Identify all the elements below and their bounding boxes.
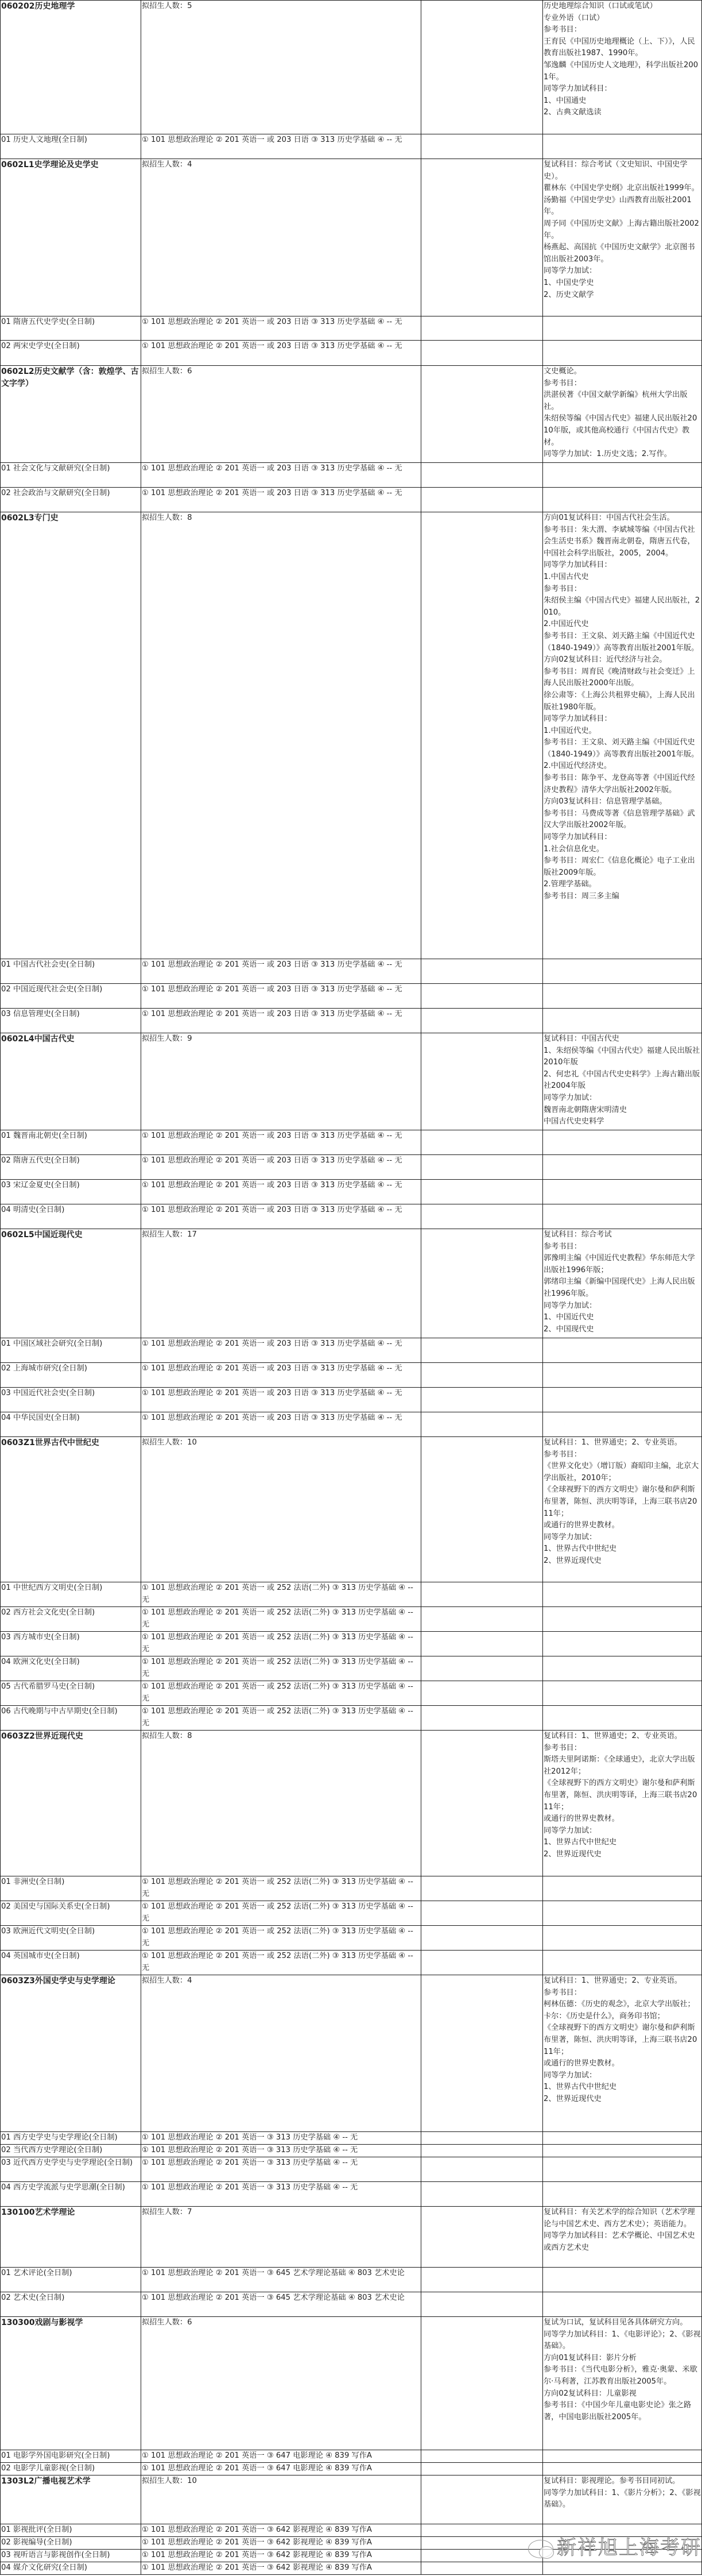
direction-row: 01 电影学外国电影研究(全日制)① 101 思想政治理论 ② 201 英语一 … xyxy=(1,2450,702,2463)
direction-name: 04 西方史学流派与史学思潮(全日制) xyxy=(1,2182,141,2207)
empty-cell xyxy=(421,1363,543,1388)
empty-cell xyxy=(543,2562,702,2575)
note-line: 或通行的世界史教材。 xyxy=(544,1813,701,1825)
empty-cell xyxy=(421,1656,543,1681)
note-line: 同等学力加试科目：1、《影片分析》；2、《影视基础》。 xyxy=(544,2488,701,2511)
empty-cell xyxy=(543,1180,702,1204)
major-code-name: 0603Z3外国史学史与史学理论 xyxy=(1,1975,141,2132)
empty-cell xyxy=(421,959,543,984)
note-line: 邹逸麟《中国历史人文地理》，科学出版社2001年。 xyxy=(544,60,701,83)
major-row: 0603Z3外国史学史与史学理论拟招生人数：4复试科目：1、世界通史；2、专业英… xyxy=(1,1975,702,2132)
direction-name: 04 欧洲文化史(全日制) xyxy=(1,1656,141,1681)
direction-row: 02 上海城市研究(全日制)① 101 思想政治理论 ② 201 英语一 或 2… xyxy=(1,1363,702,1388)
note-line: 参考书目：《当代电影分析》，雅克·奥蒙、米歇尔·马利著，江苏教育出版社2005年… xyxy=(544,2364,701,2388)
note-line: 2、历史文献学 xyxy=(544,289,701,302)
empty-cell xyxy=(543,1607,702,1632)
retest-notes: 复试科目：1、世界通史；2、专业英语。参考书目：《世界文化史》（增订版）裔昭印主… xyxy=(543,1437,702,1582)
note-line: 复试科目：有关艺术学的综合知识（艺术学理论与中国艺术史、西方艺术史）；英语能力。 xyxy=(544,2207,701,2230)
empty-cell xyxy=(421,1632,543,1656)
note-line: 朱绍侯等编《中国古代史》福建人民出版社2010年版，或其他高校通行《中国古代史》… xyxy=(544,413,701,449)
retest-notes: 方向01复试科目：中国古代社会生活。参考书目：朱大渭、李斌城等编《中国古代社会生… xyxy=(543,512,702,959)
retest-notes: 文史概论。参考书目：洪湛侯著《中国文献学新编》杭州大学出版社。朱绍侯等编《中国古… xyxy=(543,366,702,463)
exam-subjects: ① 101 思想政治理论 ② 201 英语一 或 252 法语(二外) ③ 31… xyxy=(141,1706,421,1731)
direction-name: 03 欧洲近代文明史(全日制) xyxy=(1,1926,141,1951)
empty-cell xyxy=(421,1582,543,1607)
major-row: 130300戏剧与影视学拟招生人数：6复试为口试，复试科目见各具体研究方向。同等… xyxy=(1,2317,702,2450)
note-line: 参考书目： xyxy=(544,1987,701,1999)
note-line: 方向03复试科目：信息管理学基础。 xyxy=(544,796,701,808)
note-line: 复试科目：1、世界通史；2、专业英语。 xyxy=(544,1437,701,1449)
empty-cell xyxy=(543,2550,702,2562)
empty-cell xyxy=(421,2450,543,2463)
remarks-cell xyxy=(421,159,543,316)
remarks-cell xyxy=(421,1731,543,1876)
enrollment-quota: 拟招生人数：10 xyxy=(141,1437,421,1582)
empty-cell xyxy=(543,1681,702,1706)
exam-subjects: ① 101 思想政治理论 ② 201 英语一 ③ 642 影视理论 ④ 839 … xyxy=(141,2524,421,2537)
empty-cell xyxy=(543,959,702,984)
note-line: 同等学力加试科目： xyxy=(544,832,701,844)
empty-cell xyxy=(543,1706,702,1731)
direction-row: 06 古代晚期与中古早期史(全日制)① 101 思想政治理论 ② 201 英语一… xyxy=(1,1706,702,1731)
empty-cell xyxy=(543,1901,702,1926)
empty-cell xyxy=(543,1388,702,1412)
remarks-cell xyxy=(421,512,543,959)
empty-cell xyxy=(421,1706,543,1731)
note-line: 2.中国近代史 xyxy=(544,619,701,631)
direction-name: 02 电影学儿童影视(全日制) xyxy=(1,2463,141,2475)
direction-row: 01 社会文化与文献研究(全日制)① 101 思想政治理论 ② 201 英语一 … xyxy=(1,463,702,488)
empty-cell xyxy=(543,134,702,159)
enrollment-quota: 拟招生人数：4 xyxy=(141,1975,421,2132)
direction-row: 02 艺术史(全日制)① 101 思想政治理论 ② 201 英语一 ③ 645 … xyxy=(1,2292,702,2317)
major-row: 060202历史地理学拟招生人数：5历史地理综合知识（口试或笔试）专业外语（口试… xyxy=(1,1,702,134)
empty-cell xyxy=(543,1412,702,1437)
note-line: 参考书目：朱大渭、李斌城等编《中国古代社会生活史书系》魏晋南北朝卷，隋唐五代卷，… xyxy=(544,524,701,560)
exam-subjects: ① 101 思想政治理论 ② 201 英语一 或 252 法语(二外) ③ 31… xyxy=(141,1951,421,1975)
empty-cell xyxy=(543,1582,702,1607)
direction-name: 01 电影学外国电影研究(全日制) xyxy=(1,2450,141,2463)
remarks-cell xyxy=(421,2475,543,2524)
note-line: 同等学力加试：1.历史文选；2.写作。 xyxy=(544,449,701,461)
major-code-name: 130100艺术学理论 xyxy=(1,2207,141,2268)
exam-subjects: ① 101 思想政治理论 ② 201 英语一 或 203 日语 ③ 313 历史… xyxy=(141,984,421,1009)
empty-cell xyxy=(543,1363,702,1388)
empty-cell xyxy=(421,1876,543,1901)
enrollment-quota: 拟招生人数：6 xyxy=(141,366,421,463)
exam-subjects: ① 101 思想政治理论 ② 201 英语一 ③ 647 电影理论 ④ 839 … xyxy=(141,2450,421,2463)
empty-cell xyxy=(543,2450,702,2463)
remarks-cell xyxy=(421,1033,543,1130)
empty-cell xyxy=(421,2145,543,2157)
note-line: 1.中国古代史 xyxy=(544,571,701,584)
empty-cell xyxy=(421,2292,543,2317)
direction-row: 03 西方城市史(全日制)① 101 思想政治理论 ② 201 英语一 或 25… xyxy=(1,1632,702,1656)
direction-row: 02 中国近现代社会史(全日制)① 101 思想政治理论 ② 201 英语一 或… xyxy=(1,984,702,1009)
empty-cell xyxy=(421,316,543,341)
note-line: 同等学力加试科目： xyxy=(544,713,701,725)
exam-subjects: ① 101 思想政治理论 ② 201 英语一 或 203 日语 ③ 313 历史… xyxy=(141,1130,421,1155)
note-line: 1、世界古代中世纪史 xyxy=(544,2081,701,2094)
empty-cell xyxy=(421,2537,543,2550)
major-row: 0603Z2世界近现代史拟招生人数：8复试科目：1、世界通史；2、专业英语。参考… xyxy=(1,1731,702,1876)
empty-cell xyxy=(543,488,702,512)
direction-row: 01 西方史学史与史学理论(全日制)① 101 思想政治理论 ② 201 英语一… xyxy=(1,2132,702,2145)
exam-subjects: ① 101 思想政治理论 ② 201 英语一 或 252 法语(二外) ③ 31… xyxy=(141,1607,421,1632)
note-line: 朱绍侯主编《中国古代史》福建人民出版社，2010。 xyxy=(544,595,701,619)
note-line: 郭豫明主编《中国近代史教程》华东师范大学出版社1996年版； xyxy=(544,1253,701,1276)
remarks-cell xyxy=(421,1229,543,1338)
direction-name: 01 社会文化与文献研究(全日制) xyxy=(1,463,141,488)
direction-row: 04 西方史学流派与史学思潮(全日制)① 101 思想政治理论 ② 201 英语… xyxy=(1,2182,702,2207)
major-code-name: 0602L4中国古代史 xyxy=(1,1033,141,1130)
note-line: 1、中国通史 xyxy=(544,95,701,107)
note-line: 1.社会信息化史。 xyxy=(544,844,701,856)
direction-name: 03 西方城市史(全日制) xyxy=(1,1632,141,1656)
direction-name: 01 非洲史(全日制) xyxy=(1,1876,141,1901)
retest-notes: 复试科目：1、世界通史；2、专业英语。参考书目：斯塔夫里阿诺斯：《全球通史》，北… xyxy=(543,1731,702,1876)
note-line: 1、中国史学史 xyxy=(544,277,701,289)
direction-name: 04 明清史(全日制) xyxy=(1,1204,141,1229)
enrollment-quota: 拟招生人数：5 xyxy=(141,1,421,134)
direction-name: 05 古代希腊罗马史(全日制) xyxy=(1,1681,141,1706)
note-line: 1、世界古代中世纪史 xyxy=(544,1837,701,1849)
remarks-cell xyxy=(421,1975,543,2132)
empty-cell xyxy=(421,134,543,159)
direction-name: 04 媒介文化研究(全日制) xyxy=(1,2562,141,2575)
note-line: 2.管理学基础。 xyxy=(544,879,701,891)
enrollment-quota: 拟招生人数：4 xyxy=(141,159,421,316)
direction-name: 01 影视批评(全日制) xyxy=(1,2524,141,2537)
empty-cell xyxy=(421,1204,543,1229)
direction-name: 03 视听语言与影视创作(全日制) xyxy=(1,2550,141,2562)
exam-subjects: ① 101 思想政治理论 ② 201 英语一 ③ 642 影视理论 ④ 839 … xyxy=(141,2562,421,2575)
admissions-table-body: 060202历史地理学拟招生人数：5历史地理综合知识（口试或笔试）专业外语（口试… xyxy=(1,1,702,2575)
note-line: 参考书目：周宏仁《信息化概论》电子工业出版社2009年版。 xyxy=(544,855,701,879)
direction-row: 01 历史人文地理(全日制)① 101 思想政治理论 ② 201 英语一 或 2… xyxy=(1,134,702,159)
empty-cell xyxy=(421,1926,543,1951)
retest-notes: 复试科目：影视理论。参考书目同初试。同等学力加试科目：1、《影片分析》；2、《影… xyxy=(543,2475,702,2524)
exam-subjects: ① 101 思想政治理论 ② 201 英语一 ③ 642 影视理论 ④ 839 … xyxy=(141,2550,421,2562)
major-row: 130100艺术学理论拟招生人数：7复试科目：有关艺术学的综合知识（艺术学理论与… xyxy=(1,2207,702,2268)
empty-cell xyxy=(421,2157,543,2182)
direction-row: 01 影视批评(全日制)① 101 思想政治理论 ② 201 英语一 ③ 642… xyxy=(1,2524,702,2537)
empty-cell xyxy=(421,1338,543,1363)
retest-notes: 复试科目：1、世界通史；2、专业英语。参考书目：柯林伍德：《历史的观念》，北京大… xyxy=(543,1975,702,2132)
note-line: 2、古典文献选读 xyxy=(544,107,701,119)
remarks-cell xyxy=(421,1437,543,1582)
empty-cell xyxy=(421,2132,543,2145)
exam-subjects: ① 101 思想政治理论 ② 201 英语一 或 252 法语(二外) ③ 31… xyxy=(141,1926,421,1951)
direction-row: 01 非洲史(全日制)① 101 思想政治理论 ② 201 英语一 或 252 … xyxy=(1,1876,702,1901)
note-line: 郭绪印主编《新编中国现代史》上海人民出版社1996年版。 xyxy=(544,1276,701,1300)
note-line: 方向02复试科目：儿童影视 xyxy=(544,2388,701,2400)
empty-cell xyxy=(543,316,702,341)
major-row: 0602L4中国古代史拟招生人数：9复试科目：中国古代史1、朱绍侯等编《中国古代… xyxy=(1,1033,702,1130)
direction-name: 02 两宋史学史(全日制) xyxy=(1,341,141,366)
empty-cell xyxy=(421,1951,543,1975)
major-row: 0602L1史学理论及史学史拟招生人数：4复试科目：综合考试（文史知识、中国史学… xyxy=(1,159,702,316)
direction-name: 01 历史人文地理(全日制) xyxy=(1,134,141,159)
exam-subjects: ① 101 思想政治理论 ② 201 英语一 ③ 645 艺术学理论基础 ④ 8… xyxy=(141,2268,421,2292)
direction-row: 01 艺术评论(全日制)① 101 思想政治理论 ② 201 英语一 ③ 645… xyxy=(1,2268,702,2292)
exam-subjects: ① 101 思想政治理论 ② 201 英语一 或 203 日语 ③ 313 历史… xyxy=(141,1180,421,1204)
empty-cell xyxy=(421,1009,543,1033)
note-line: 柯林伍德：《历史的观念》，北京大学出版社； xyxy=(544,1999,701,2011)
note-line: 周予同《中国历史文献》上海古籍出版社2002年。 xyxy=(544,218,701,242)
direction-row: 02 电影学儿童影视(全日制)① 101 思想政治理论 ② 201 英语一 ③ … xyxy=(1,2463,702,2475)
note-line: 1、中国近代史 xyxy=(544,1312,701,1324)
note-line: 瞿林东《中国史学史纲》北京出版社1999年。 xyxy=(544,183,701,195)
note-line: 专业外语（口试） xyxy=(544,13,701,25)
exam-subjects: ① 101 思想政治理论 ② 201 英语一 ③ 313 历史学基础 ④ -- … xyxy=(141,2157,421,2182)
direction-row: 02 社会政治与文献研究(全日制)① 101 思想政治理论 ② 201 英语一 … xyxy=(1,488,702,512)
empty-cell xyxy=(421,1412,543,1437)
empty-cell xyxy=(543,2182,702,2207)
remarks-cell xyxy=(421,2317,543,2450)
note-line: 同等学力加试： xyxy=(544,1092,701,1104)
note-line: 《全球视野下的西方文明史》谢尔曼和萨利斯布里著，陈恒、洪庆明等译，上海三联书店2… xyxy=(544,1484,701,1520)
empty-cell xyxy=(421,1155,543,1180)
major-row: 0603Z1世界古代中世纪史拟招生人数：10复试科目：1、世界通史；2、专业英语… xyxy=(1,1437,702,1582)
major-code-name: 0602L3专门史 xyxy=(1,512,141,959)
enrollment-quota: 拟招生人数：10 xyxy=(141,2475,421,2524)
note-line: 或通行的世界史教材。 xyxy=(544,2058,701,2070)
direction-name: 02 西方社会文化史(全日制) xyxy=(1,1607,141,1632)
note-line: 参考书目：周三多主编 xyxy=(544,891,701,903)
remarks-cell xyxy=(421,2207,543,2268)
empty-cell xyxy=(543,1009,702,1033)
note-line: 同等学力加试科目： xyxy=(544,559,701,571)
empty-cell xyxy=(421,2182,543,2207)
empty-cell xyxy=(543,341,702,366)
empty-cell xyxy=(543,2292,702,2317)
major-code-name: 060202历史地理学 xyxy=(1,1,141,134)
note-line: 同等学力加试： xyxy=(544,1300,701,1312)
note-line: 《世界文化史》（增订版）裔昭印主编，北京大学出版社，2010年； xyxy=(544,1461,701,1484)
note-line: 复试科目：综合考试（文史知识、中国史学史）。 xyxy=(544,159,701,183)
direction-name: 03 中国近代社会史(全日制) xyxy=(1,1388,141,1412)
note-line: 参考书目： xyxy=(544,24,701,36)
direction-row: 02 隋唐五代史(全日制)① 101 思想政治理论 ② 201 英语一 或 20… xyxy=(1,1155,702,1180)
note-line: 杨燕起、高国抗《中国历史文献学》北京图书馆出版社2003年。 xyxy=(544,242,701,265)
major-row: 0602L3专门史拟招生人数：8方向01复试科目：中国古代社会生活。参考书目：朱… xyxy=(1,512,702,959)
major-code-name: 0603Z1世界古代中世纪史 xyxy=(1,1437,141,1582)
enrollment-quota: 拟招生人数：8 xyxy=(141,512,421,959)
empty-cell xyxy=(543,1951,702,1975)
direction-row: 02 美国史与国际关系史(全日制)① 101 思想政治理论 ② 201 英语一 … xyxy=(1,1901,702,1926)
empty-cell xyxy=(543,1155,702,1180)
empty-cell xyxy=(421,1180,543,1204)
note-line: 《全球视野下的西方文明史》谢尔曼和萨利斯布里著，陈恒、洪庆明等译，上海三联书店2… xyxy=(544,1778,701,1813)
note-line: 或通行的世界史教材。 xyxy=(544,1520,701,1532)
major-code-name: 0602L2历史文献学（含：敦煌学、古文字学） xyxy=(1,366,141,463)
enrollment-quota: 拟招生人数：9 xyxy=(141,1033,421,1130)
note-line: 汤勤福《中国史学史》山西教育出版社2001年。 xyxy=(544,195,701,218)
empty-cell xyxy=(543,2145,702,2157)
direction-name: 04 英国城市史(全日制) xyxy=(1,1951,141,1975)
note-line: 2.中国近代经济史。 xyxy=(544,760,701,773)
empty-cell xyxy=(543,1204,702,1229)
empty-cell xyxy=(543,2524,702,2537)
note-line: 同等学力加试科目：1、《电影评论》；2、《影视基础》。 xyxy=(544,2329,701,2353)
empty-cell xyxy=(421,1130,543,1155)
direction-name: 06 古代晚期与中古早期史(全日制) xyxy=(1,1706,141,1731)
exam-subjects: ① 101 思想政治理论 ② 201 英语一 或 252 法语(二外) ③ 31… xyxy=(141,1681,421,1706)
note-line: 2、世界近现代史 xyxy=(544,1555,701,1567)
remarks-cell xyxy=(421,366,543,463)
note-line: 同等学力加试： xyxy=(544,2070,701,2082)
note-line: 《全球视野下的西方文明史》谢尔曼和萨利斯布里著，陈恒、洪庆明等译，上海三联书店2… xyxy=(544,2022,701,2058)
major-code-name: 0603Z2世界近现代史 xyxy=(1,1731,141,1876)
empty-cell xyxy=(543,1130,702,1155)
direction-row: 03 近代西方史学史与史学理论(全日制)① 101 思想政治理论 ② 201 英… xyxy=(1,2157,702,2182)
admissions-table: 060202历史地理学拟招生人数：5历史地理综合知识（口试或笔试）专业外语（口试… xyxy=(0,0,702,2575)
note-line: 参考书目： xyxy=(544,1449,701,1461)
direction-row: 01 中国区域社会研究(全日制)① 101 思想政治理论 ② 201 英语一 或… xyxy=(1,1338,702,1363)
note-line: 参考书目： xyxy=(544,378,701,390)
exam-subjects: ① 101 思想政治理论 ② 201 英语一 或 252 法语(二外) ③ 31… xyxy=(141,1582,421,1607)
direction-row: 01 中国古代社会史(全日制)① 101 思想政治理论 ② 201 英语一 或 … xyxy=(1,959,702,984)
note-line: 复试为口试，复试科目见各具体研究方向。 xyxy=(544,2317,701,2329)
note-line: 魏晋南北朝隋唐宋明清史 xyxy=(544,1104,701,1117)
empty-cell xyxy=(543,1876,702,1901)
direction-name: 02 社会政治与文献研究(全日制) xyxy=(1,488,141,512)
direction-row: 04 英国城市史(全日制)① 101 思想政治理论 ② 201 英语一 或 25… xyxy=(1,1951,702,1975)
direction-row: 01 魏晋南北朝史(全日制)① 101 思想政治理论 ② 201 英语一 或 2… xyxy=(1,1130,702,1155)
empty-cell xyxy=(421,1388,543,1412)
exam-subjects: ① 101 思想政治理论 ② 201 英语一 或 252 法语(二外) ③ 31… xyxy=(141,1876,421,1901)
exam-subjects: ① 101 思想政治理论 ② 201 英语一 或 203 日语 ③ 313 历史… xyxy=(141,1412,421,1437)
note-line: 卡尔：《历史是什么》，商务印书馆； xyxy=(544,2011,701,2023)
major-code-name: 130300戏剧与影视学 xyxy=(1,2317,141,2450)
note-line: 文史概论。 xyxy=(544,366,701,378)
note-line: 2、何忠礼《中国古代史史料学》上海古籍出版社2004年版 xyxy=(544,1069,701,1092)
enrollment-quota: 拟招生人数：6 xyxy=(141,2317,421,2450)
direction-name: 01 魏晋南北朝史(全日制) xyxy=(1,1130,141,1155)
direction-row: 01 隋唐五代史学史(全日制)① 101 思想政治理论 ② 201 英语一 或 … xyxy=(1,316,702,341)
empty-cell xyxy=(421,341,543,366)
direction-name: 01 中国区域社会研究(全日制) xyxy=(1,1338,141,1363)
direction-name: 02 艺术史(全日制) xyxy=(1,2292,141,2317)
note-line: 徐公肃等：《上海公共租界史稿》，上海人民出版社1980年版。 xyxy=(544,690,701,713)
note-line: 参考书目： xyxy=(544,1743,701,1755)
direction-row: 02 两宋史学史(全日制)① 101 思想政治理论 ② 201 英语一 或 20… xyxy=(1,341,702,366)
note-line: 中国古代史史料学 xyxy=(544,1116,701,1128)
retest-notes: 复试为口试，复试科目见各具体研究方向。同等学力加试科目：1、《电影评论》；2、《… xyxy=(543,2317,702,2450)
direction-row: 02 当代西方史学理论(全日制)① 101 思想政治理论 ② 201 英语一 ③… xyxy=(1,2145,702,2157)
direction-name: 02 影视编导(全日制) xyxy=(1,2537,141,2550)
empty-cell xyxy=(421,2463,543,2475)
direction-row: 04 中华民国史(全日制)① 101 思想政治理论 ② 201 英语一 或 20… xyxy=(1,1412,702,1437)
note-line: 复试科目：影视理论。参考书目同初试。 xyxy=(544,2475,701,2488)
direction-row: 04 明清史(全日制)① 101 思想政治理论 ② 201 英语一 或 203 … xyxy=(1,1204,702,1229)
exam-subjects: ① 101 思想政治理论 ② 201 英语一 ③ 642 影视理论 ④ 839 … xyxy=(141,2537,421,2550)
exam-subjects: ① 101 思想政治理论 ② 201 英语一 或 203 日语 ③ 313 历史… xyxy=(141,341,421,366)
empty-cell xyxy=(543,1338,702,1363)
empty-cell xyxy=(543,1656,702,1681)
note-line: 复试科目：综合考试 xyxy=(544,1229,701,1241)
empty-cell xyxy=(421,2524,543,2537)
empty-cell xyxy=(543,463,702,488)
note-line: 2、世界近现代史 xyxy=(544,1849,701,1861)
exam-subjects: ① 101 思想政治理论 ② 201 英语一 或 203 日语 ③ 313 历史… xyxy=(141,1155,421,1180)
exam-subjects: ① 101 思想政治理论 ② 201 英语一 或 203 日语 ③ 313 历史… xyxy=(141,1363,421,1388)
note-line: 参考书目：马费成等著《信息管理学基础》武汉大学出版社2002年版。 xyxy=(544,808,701,832)
direction-row: 03 中国近代社会史(全日制)① 101 思想政治理论 ② 201 英语一 或 … xyxy=(1,1388,702,1412)
empty-cell xyxy=(543,2463,702,2475)
note-line: 参考书目：王文泉、刘天路主编《中国近代史（1840-1949）》高等教育出版社2… xyxy=(544,737,701,760)
direction-row: 05 古代希腊罗马史(全日制)① 101 思想政治理论 ② 201 英语一 或 … xyxy=(1,1681,702,1706)
exam-subjects: ① 101 思想政治理论 ② 201 英语一 或 203 日语 ③ 313 历史… xyxy=(141,959,421,984)
direction-name: 01 中世纪西方文明史(全日制) xyxy=(1,1582,141,1607)
direction-name: 04 中华民国史(全日制) xyxy=(1,1412,141,1437)
note-line: 1、世界古代中世纪史 xyxy=(544,1543,701,1555)
note-line: 同等学力加试科目： xyxy=(544,83,701,95)
retest-notes: 复试科目：中国古代史1、朱绍侯等编《中国古代史》福建人民出版社2010年版2、何… xyxy=(543,1033,702,1130)
note-line: 参考书目： xyxy=(544,1241,701,1253)
exam-subjects: ① 101 思想政治理论 ② 201 英语一 或 203 日语 ③ 313 历史… xyxy=(141,1204,421,1229)
empty-cell xyxy=(421,463,543,488)
direction-row: 03 欧洲近代文明史(全日制)① 101 思想政治理论 ② 201 英语一 或 … xyxy=(1,1926,702,1951)
note-line: 历史地理综合知识（口试或笔试） xyxy=(544,1,701,13)
major-row: 0602L2历史文献学（含：敦煌学、古文字学）拟招生人数：6文史概论。参考书目：… xyxy=(1,366,702,463)
note-line: 1.中国近代史。 xyxy=(544,725,701,737)
empty-cell xyxy=(543,984,702,1009)
exam-subjects: ① 101 思想政治理论 ② 201 英语一 或 203 日语 ③ 313 历史… xyxy=(141,134,421,159)
note-line: 参考书目：《中国少年儿童电影史论》张之路著，中国电影出版社2005年。 xyxy=(544,2400,701,2423)
direction-row: 04 欧洲文化史(全日制)① 101 思想政治理论 ② 201 英语一 或 25… xyxy=(1,1656,702,1681)
direction-row: 03 信息管理史(全日制)① 101 思想政治理论 ② 201 英语一 或 20… xyxy=(1,1009,702,1033)
enrollment-quota: 拟招生人数：7 xyxy=(141,2207,421,2268)
empty-cell xyxy=(543,2132,702,2145)
direction-name: 03 宋辽金夏史(全日制) xyxy=(1,1180,141,1204)
note-line: 2、中国现代史 xyxy=(544,1324,701,1336)
direction-row: 04 媒介文化研究(全日制)① 101 思想政治理论 ② 201 英语一 ③ 6… xyxy=(1,2562,702,2575)
empty-cell xyxy=(543,1926,702,1951)
note-line: 参考书目：陈争平、龙登高等著《中国近代经济史教程》清华大学出版社2002年版。 xyxy=(544,773,701,796)
exam-subjects: ① 101 思想政治理论 ② 201 英语一 或 252 法语(二外) ③ 31… xyxy=(141,1632,421,1656)
empty-cell xyxy=(421,2562,543,2575)
exam-subjects: ① 101 思想政治理论 ② 201 英语一 或 203 日语 ③ 313 历史… xyxy=(141,488,421,512)
note-line: 参考书目：王文泉、刘天路主编《中国近代史（1840-1949）》高等教育出版社2… xyxy=(544,631,701,654)
empty-cell xyxy=(421,1681,543,1706)
exam-subjects: ① 101 思想政治理论 ② 201 英语一 或 252 法语(二外) ③ 31… xyxy=(141,1901,421,1926)
empty-cell xyxy=(421,2550,543,2562)
note-line: 斯塔夫里阿诺斯：《全球通史》，北京大学出版社2012年； xyxy=(544,1754,701,1778)
empty-cell xyxy=(421,1607,543,1632)
direction-row: 02 影视编导(全日制)① 101 思想政治理论 ② 201 英语一 ③ 642… xyxy=(1,2537,702,2550)
note-line: 同等学力加试： xyxy=(544,1532,701,1544)
note-line: 同等学力加试科目：艺术学概论、中国艺术史或西方艺术史 xyxy=(544,2230,701,2254)
note-line: 王育民《中国历史地理概论（上、下）》，人民教育出版社1987、1990年。 xyxy=(544,36,701,60)
note-line: 复试科目：中国古代史 xyxy=(544,1033,701,1045)
direction-name: 01 隋唐五代史学史(全日制) xyxy=(1,316,141,341)
note-line: 参考书目：周育民《晚清财政与社会变迁》上海人民出版社2000年出版。 xyxy=(544,666,701,690)
enrollment-quota: 拟招生人数：8 xyxy=(141,1731,421,1876)
retest-notes: 复试科目：综合考试（文史知识、中国史学史）。瞿林东《中国史学史纲》北京出版社19… xyxy=(543,159,702,316)
empty-cell xyxy=(421,1901,543,1926)
note-line: 复试科目：1、世界通史；2、专业英语。 xyxy=(544,1975,701,1987)
major-row: 0602L5中国近现代史拟招生人数：17复试科目：综合考试参考书目：郭豫明主编《… xyxy=(1,1229,702,1338)
major-code-name: 0602L1史学理论及史学史 xyxy=(1,159,141,316)
exam-subjects: ① 101 思想政治理论 ② 201 英语一 ③ 313 历史学基础 ④ -- … xyxy=(141,2145,421,2157)
empty-cell xyxy=(543,2268,702,2292)
direction-name: 02 美国史与国际关系史(全日制) xyxy=(1,1901,141,1926)
major-row: 1303L2广播电视艺术学拟招生人数：10复试科目：影视理论。参考书目同初试。同… xyxy=(1,2475,702,2524)
empty-cell xyxy=(543,1632,702,1656)
major-code-name: 0602L5中国近现代史 xyxy=(1,1229,141,1338)
